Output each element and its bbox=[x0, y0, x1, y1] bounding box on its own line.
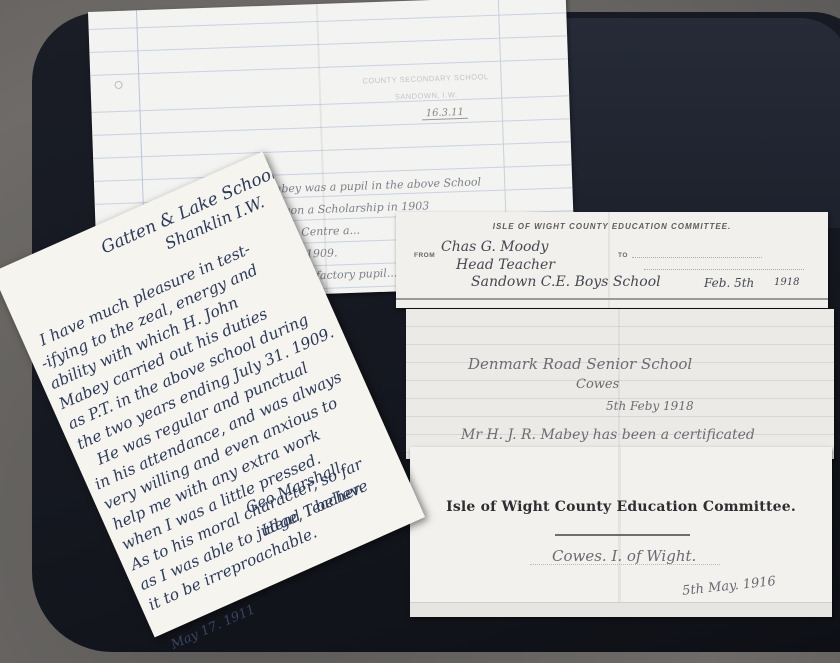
from-school: Sandown C.E. Boys School bbox=[471, 274, 661, 290]
school-name: Denmark Road Senior School bbox=[468, 355, 692, 373]
school-letterhead: COUNTY SECONDARY SCHOOL SANDOWN, I.W. bbox=[345, 67, 506, 107]
form-rule bbox=[396, 298, 828, 300]
form-header: ISLE OF WIGHT COUNTY EDUCATION COMMITTEE… bbox=[396, 222, 828, 231]
to-dotted-line bbox=[644, 269, 804, 270]
denmark-road-letter: Denmark Road Senior School Cowes 5th Feb… bbox=[406, 309, 834, 459]
paper-edge bbox=[410, 602, 832, 617]
to-label: TO bbox=[618, 252, 628, 259]
letterhead-rule bbox=[555, 534, 690, 536]
letter-date: 16.3.11 bbox=[422, 107, 469, 121]
form-date-day: Feb. 5th bbox=[704, 276, 754, 290]
to-dotted-line bbox=[632, 257, 762, 258]
letter-line: Mr H. J. R. Mabey has been a certificate… bbox=[461, 427, 755, 443]
from-label: FROM bbox=[414, 252, 435, 259]
from-name: Chas G. Moody bbox=[441, 239, 548, 255]
paper-fold bbox=[618, 447, 621, 617]
iow-memo-form: ISLE OF WIGHT COUNTY EDUCATION COMMITTEE… bbox=[396, 212, 828, 308]
from-title: Head Teacher bbox=[456, 257, 555, 273]
punch-hole bbox=[114, 81, 122, 89]
iow-education-letter: Isle of Wight County Education Committee… bbox=[410, 447, 832, 617]
town-name: Cowes bbox=[576, 377, 619, 392]
gothic-letterhead: Isle of Wight County Education Committee… bbox=[410, 499, 832, 515]
form-date-year: 1918 bbox=[774, 277, 799, 288]
place-name: Cowes. I. of Wight. bbox=[552, 547, 696, 565]
letter-date: 5th Feby 1918 bbox=[606, 399, 694, 413]
tray-corner bbox=[560, 18, 840, 228]
letter-date: 5th May. 1916 bbox=[681, 574, 776, 599]
